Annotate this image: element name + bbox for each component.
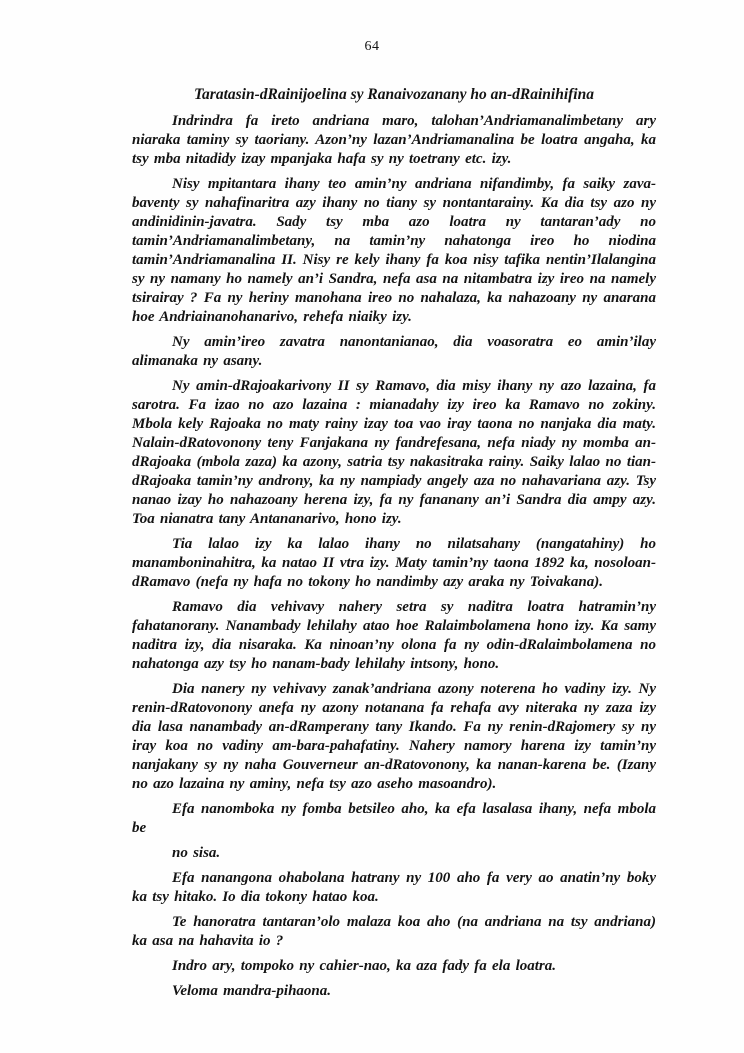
- letter-paragraph-07: Dia nanery ny vehivavy zanak’andriana az…: [132, 680, 656, 794]
- letter-content: Taratasin-dRainijoelina sy Ranaivozanany…: [132, 85, 656, 1001]
- letter-paragraph-03: Ny amin’ireo zavatra nanontanianao, dia …: [132, 333, 656, 371]
- letter-paragraph-09: no sisa.: [132, 844, 656, 863]
- letter-paragraph-06: Ramavo dia vehivavy nahery setra sy nadi…: [132, 598, 656, 674]
- letter-title: Taratasin-dRainijoelina sy Ranaivozanany…: [132, 85, 656, 104]
- letter-paragraph-02: Nisy mpitantara ihany teo amin’ny andria…: [132, 175, 656, 327]
- document-page: 64 Taratasin-dRainijoelina sy Ranaivozan…: [0, 0, 744, 1053]
- letter-closing: Veloma mandra-pihaona.: [132, 982, 656, 1001]
- letter-paragraph-11: Te hanoratra tantaran’olo malaza koa aho…: [132, 913, 656, 951]
- letter-paragraph-05: Tia lalao izy ka lalao ihany no nilatsah…: [132, 535, 656, 592]
- letter-paragraph-04: Ny amin-dRajoakarivony II sy Ramavo, dia…: [132, 377, 656, 529]
- letter-paragraph-12: Indro ary, tompoko ny cahier-nao, ka aza…: [132, 957, 656, 976]
- letter-paragraph-01: Indrindra fa ireto andriana maro, taloha…: [132, 112, 656, 169]
- letter-paragraph-08: Efa nanomboka ny fomba betsileo aho, ka …: [132, 800, 656, 838]
- page-number: 64: [0, 0, 744, 55]
- letter-paragraph-10: Efa nanangona ohabolana hatrany ny 100 a…: [132, 869, 656, 907]
